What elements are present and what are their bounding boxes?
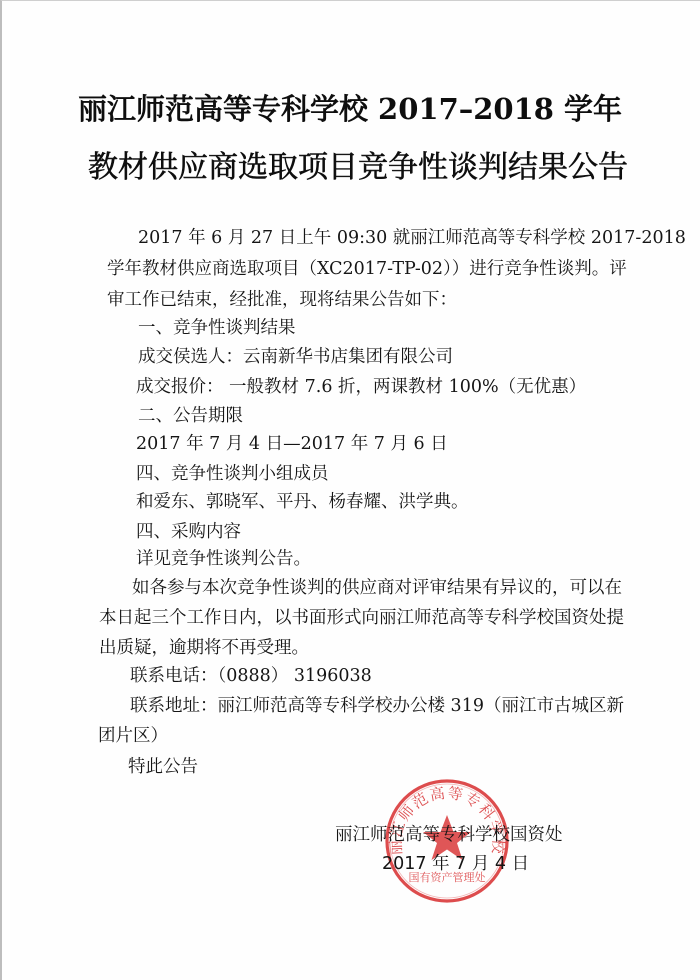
intro-line-1: 2017 年 6 月 27 日上午 09:30 就丽江师范高等专科学校 2017… [138,227,686,249]
closing-text: 特此公告 [128,756,198,778]
objection-line-3: 出质疑，逾期将不再受理。 [99,637,309,659]
document-page: 丽江师范高等专科学校 2017–2018 学年 教材供应商选取项目竞争性谈判结果… [0,0,700,980]
section-4-heading: 四、采购内容 [136,521,241,543]
document-title-line-1: 丽江师范高等专科学校 2017–2018 学年 [0,87,700,128]
section-3-heading: 四、竞争性谈判小组成员 [136,463,329,485]
contact-address-line-2: 团片区） [98,725,168,747]
section-1-heading: 一、竞争性谈判结果 [138,317,296,339]
objection-line-2: 本日起三个工作日内，以书面形式向丽江师范高等专科学校国资处提 [99,607,624,629]
intro-line-3: 审工作已结束，经批准，现将结果公告如下： [107,289,457,311]
objection-line-1: 如各参与本次竞争性谈判的供应商对评审结果有异议的，可以在 [132,577,622,599]
signature-date: 2017 年 7 月 4 日 [382,850,529,875]
announcement-period: 2017 年 7 月 4 日—2017 年 7 月 6 日 [136,433,448,455]
procurement-content: 详见竞争性谈判公告。 [136,548,311,570]
contact-phone: 联系电话：（0888） 3196038 [130,665,372,687]
panel-members: 和爱东、郭晓军、平丹、杨春耀、洪学典。 [136,491,469,513]
intro-line-2: 学年教材供应商选取项目（XC2017-TP-02））进行竞争性谈判。评 [107,258,627,280]
document-title-line-2: 教材供应商选取项目竞争性谈判结果公告 [8,142,700,186]
contact-address-line-1: 联系地址：丽江师范高等专科学校办公楼 319（丽江市古城区新 [130,695,624,717]
winning-price: 成交报价： 一般教材 7.6 折，两课教材 100%（无优惠） [136,376,586,398]
winning-candidate: 成交侯选人：云南新华书店集团有限公司 [138,346,453,368]
signature-organization: 丽江师范高等专科学校国资处 [335,821,563,846]
section-2-heading: 二、公告期限 [138,405,243,427]
